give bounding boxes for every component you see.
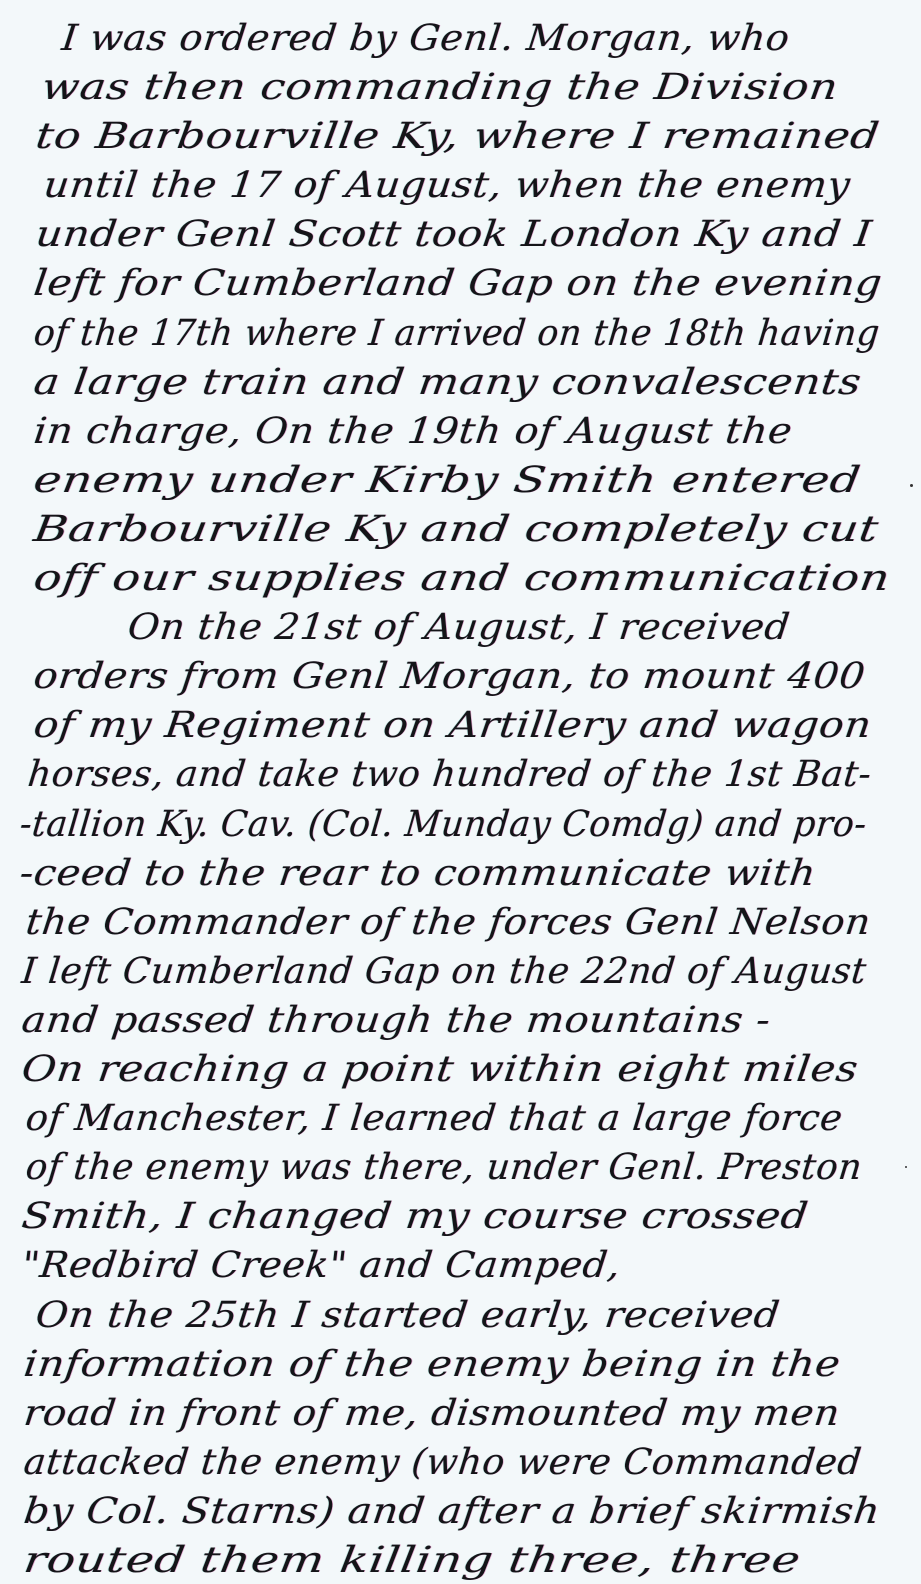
manuscript-line: enemy under Kirby Smith entered [31,460,863,501]
manuscript-line: under Genl Scott took London Ky and I [34,214,875,255]
manuscript-line: On reaching a point within eight miles [20,1049,861,1090]
manuscript-line: by Col. Starns) and after a brief skirmi… [22,1491,883,1532]
manuscript-line: of my Regiment on Artillery and wagon [32,705,874,746]
manuscript-line: off our supplies and communication [31,558,892,599]
manuscript-line: routed them killing three, three [21,1540,803,1581]
manuscript-line: and passed through the mountains - [20,1000,773,1041]
manuscript-line: horses, and take two hundred of the 1st … [26,754,874,795]
manuscript-line: Barbourville Ky and completely cut [31,509,881,550]
manuscript-line: "Redbird Creek" and Camped, [20,1245,623,1286]
manuscript-line: a large train and many convalescents [31,362,863,403]
manuscript-line: information of the enemy being in the [22,1344,843,1385]
manuscript-line: of the enemy was there, under Genl. Pres… [24,1147,864,1188]
manuscript-line: road in front of me, dismounted my men [22,1393,842,1434]
manuscript-line: Smith, I changed my course crossed [20,1196,811,1237]
manuscript-line: I left Cumberland Gap on the 22nd of Aug… [20,951,869,992]
manuscript-line: -tallion Ky. Cav. (Col. Munday Comdg) an… [18,804,869,845]
manuscript-page: I was ordered by Genl. Morgan, who was t… [0,0,921,1584]
manuscript-line: orders from Genl Morgan, to mount 400 [32,656,868,697]
manuscript-line: in charge, On the 19th of August the [32,411,795,452]
manuscript-line: On the 21st of August, I received [126,607,792,648]
manuscript-line: On the 25th I started early, received [34,1295,782,1336]
manuscript-line: until the 17 of August, when the enemy [42,165,853,206]
manuscript-line: -ceed to the rear to communicate with [18,853,819,894]
manuscript-line: of Manchester, I learned that a large fo… [24,1098,845,1139]
manuscript-line: the Commander of the forces Genl Nelson [24,902,873,943]
ink-speck [910,484,913,487]
manuscript-line: to Barbourville Ky, where I remained [33,116,881,157]
manuscript-line: was then commanding the Division [39,67,840,108]
manuscript-line: of the 17th where I arrived on the 18th … [32,313,882,354]
manuscript-line: I was ordered by Genl. Morgan, who [60,18,792,59]
manuscript-line: attacked the enemy (who were Commanded [22,1442,864,1483]
manuscript-line: left for Cumberland Gap on the evening [32,263,885,304]
ink-speck [905,1166,907,1168]
